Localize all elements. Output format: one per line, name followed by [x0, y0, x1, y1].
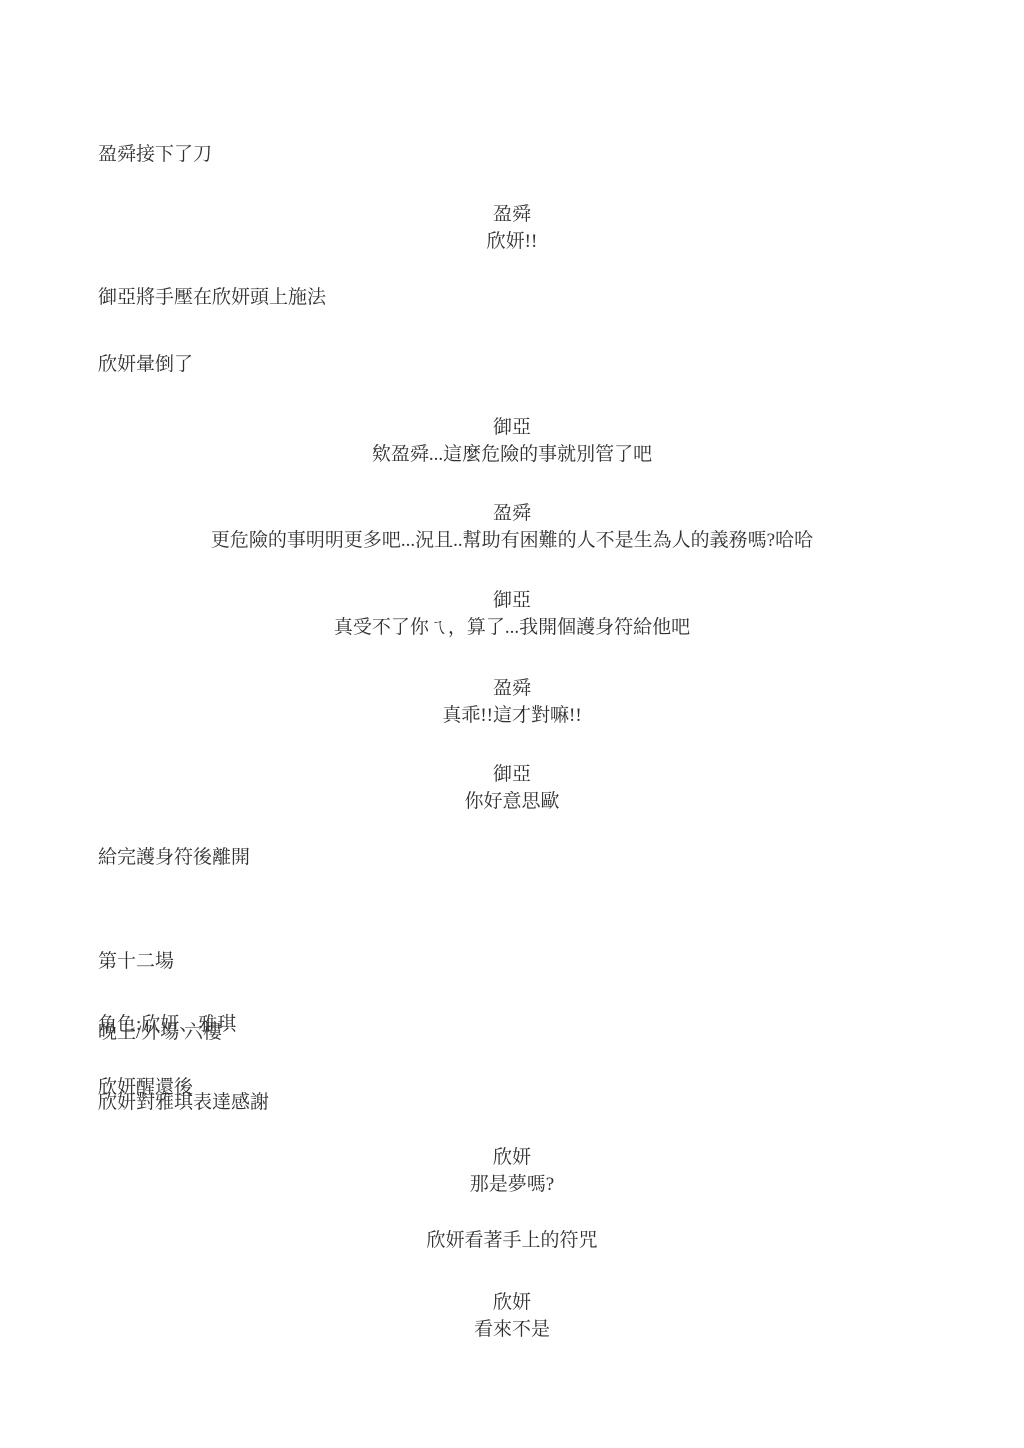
dialogue-line: 那是夢嗎? — [0, 1171, 1024, 1198]
action-line: 盈舜接下了刀 — [98, 141, 212, 168]
speaker-name: 御亞 — [0, 761, 1024, 788]
dialogue-block: 欣妍 看來不是 — [0, 1289, 1024, 1343]
speaker-name: 盈舜 — [0, 500, 1024, 527]
dialogue-line: 看來不是 — [0, 1316, 1024, 1343]
dialogue-line: 欸盈舜...這麼危險的事就別管了吧 — [0, 441, 1024, 468]
speaker-name: 盈舜 — [0, 675, 1024, 702]
dialogue-line: 真受不了你ㄟ，算了...我開個護身符給他吧 — [0, 614, 1024, 641]
dialogue-block: 御亞 欸盈舜...這麼危險的事就別管了吧 — [0, 414, 1024, 468]
action-line: 御亞將手壓在欣妍頭上施法 — [98, 284, 326, 311]
dialogue-block: 盈舜 欣妍!! — [0, 201, 1024, 255]
speaker-name: 御亞 — [0, 414, 1024, 441]
dialogue-block: 御亞 真受不了你ㄟ，算了...我開個護身符給他吧 — [0, 587, 1024, 641]
dialogue-line: 更危險的事明明更多吧...況且..幫助有困難的人不是生為人的義務嗎?哈哈 — [0, 527, 1024, 554]
speaker-name: 欣妍 — [0, 1289, 1024, 1316]
action-line: 欣妍醒還後 — [98, 1074, 193, 1101]
action-line-centered: 欣妍看著手上的符咒 — [0, 1227, 1024, 1254]
script-page: 盈舜接下了刀 盈舜 欣妍!! 御亞將手壓在欣妍頭上施法 欣妍暈倒了 御亞 欸盈舜… — [0, 0, 1024, 1448]
speaker-name: 欣妍 — [0, 1144, 1024, 1171]
action-line: 角色:欣妍、雅琪 — [98, 1011, 236, 1038]
dialogue-block: 盈舜 更危險的事明明更多吧...況且..幫助有困難的人不是生為人的義務嗎?哈哈 — [0, 500, 1024, 554]
speaker-name: 盈舜 — [0, 201, 1024, 228]
dialogue-block: 御亞 你好意思歐 — [0, 761, 1024, 815]
action-line: 欣妍暈倒了 — [98, 351, 193, 378]
speaker-name: 御亞 — [0, 587, 1024, 614]
scene-line: 第十二場 — [98, 950, 269, 974]
action-line: 給完護身符後離開 — [98, 844, 250, 871]
dialogue-block: 盈舜 真乖!!這才對嘛!! — [0, 675, 1024, 729]
dialogue-block: 欣妍 那是夢嗎? — [0, 1144, 1024, 1198]
dialogue-line: 你好意思歐 — [0, 788, 1024, 815]
dialogue-line: 真乖!!這才對嘛!! — [0, 702, 1024, 729]
dialogue-line: 欣妍!! — [0, 228, 1024, 255]
